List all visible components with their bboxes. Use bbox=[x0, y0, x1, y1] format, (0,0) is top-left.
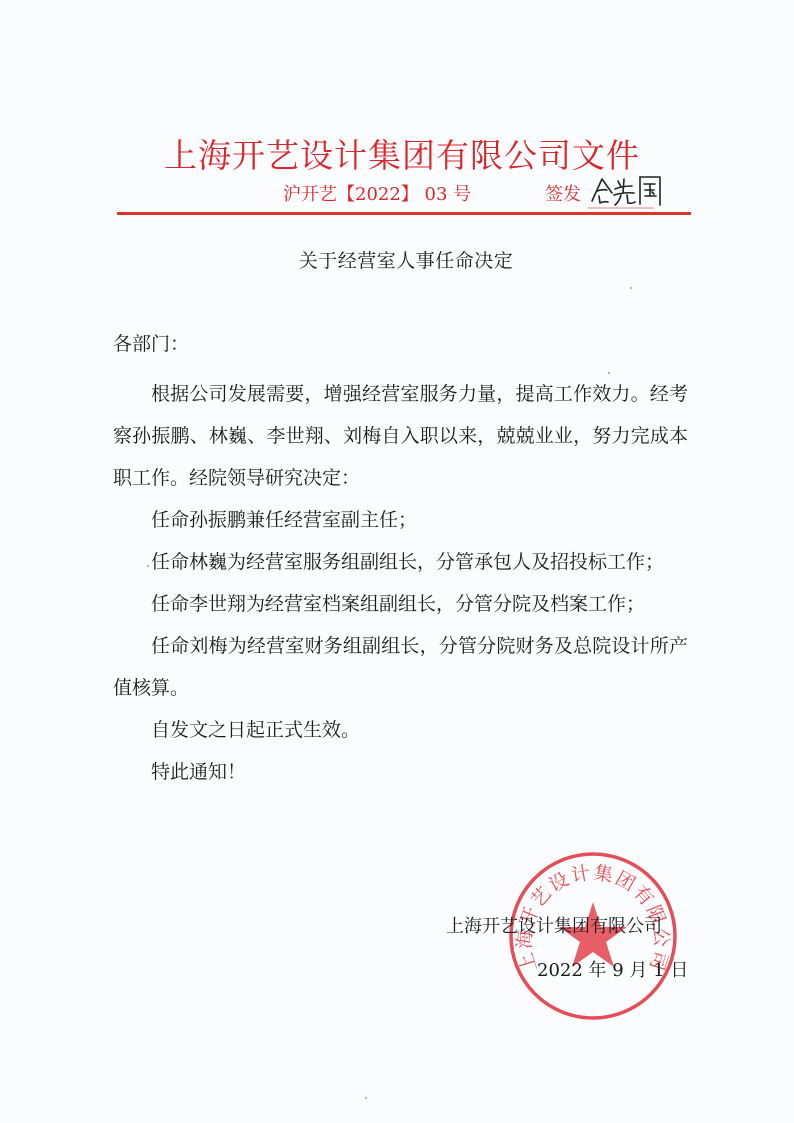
appointment-item: 任命林巍为经营室服务组副组长，分管承包人及招投标工作； bbox=[113, 541, 688, 583]
header-red-rule bbox=[117, 212, 691, 215]
body-paragraph-intro: 根据公司发展需要，增强经营室服务力量，提高工作效力。经考察孙振鹏、林巍、李世翔、… bbox=[113, 373, 688, 499]
document-body: 各部门： 根据公司发展需要，增强经营室服务力量，提高工作效力。经考察孙振鹏、林巍… bbox=[113, 323, 688, 793]
closing-notice: 特此通知！ bbox=[113, 751, 688, 793]
issue-date: 2022 年 9 月 1 日 bbox=[537, 956, 688, 982]
scan-speck bbox=[365, 1097, 367, 1099]
effective-statement: 自发文之日起正式生效。 bbox=[113, 709, 688, 751]
appointment-item: 任命孙振鹏兼任经营室副主任； bbox=[113, 499, 688, 541]
sign-label: 签发 bbox=[545, 180, 581, 206]
scan-speck bbox=[264, 604, 266, 606]
scan-speck bbox=[630, 287, 632, 289]
document-subject: 关于经营室人事任命决定 bbox=[0, 246, 794, 273]
handwritten-signature: 金先国 bbox=[588, 171, 666, 209]
document-page: 上海开艺设计集团有限公司文件 沪开艺【2022】 03 号 签发 金先国 bbox=[0, 0, 794, 1123]
salutation: 各部门： bbox=[113, 323, 688, 365]
organization-title: 上海开艺设计集团有限公司文件 bbox=[0, 130, 794, 177]
scan-speck bbox=[147, 565, 149, 567]
issuer-name: 上海开艺设计集团有限公司 bbox=[446, 912, 662, 938]
document-number: 沪开艺【2022】 03 号 bbox=[283, 180, 471, 206]
appointment-item: 任命刘梅为经营室财务组副组长，分管分院财务及总院设计所产值核算。 bbox=[113, 625, 688, 709]
scan-speck bbox=[608, 372, 610, 374]
appointment-item: 任命李世翔为经营室档案组副组长，分管分院及档案工作； bbox=[113, 583, 688, 625]
